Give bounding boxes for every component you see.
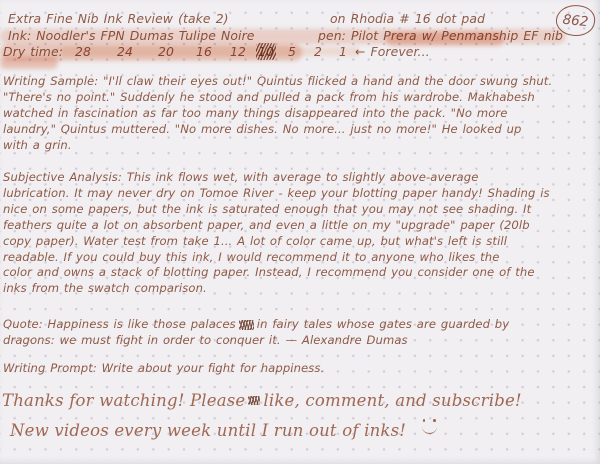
dry-time-value: 1 (339, 44, 347, 59)
handwritten-line: copy paper). Water test from take 1... A… (3, 234, 550, 250)
scribbled-out-word-icon (239, 320, 254, 330)
subjective-analysis-paragraph: Subjective Analysis: This ink flows wet,… (3, 170, 550, 297)
handwritten-line: dragons: we must fight in order to conqu… (3, 333, 509, 349)
handwritten-line: color and owns a stack of blotting paper… (3, 265, 550, 281)
handwritten-line: watched in fascination as far too many t… (3, 106, 552, 122)
review-title: Extra Fine Nib Ink Review (take 2) (8, 11, 229, 26)
handwritten-line: readable. If you could buy this ink, I w… (3, 250, 550, 266)
outro-text-pre: Thanks for watching! Please (2, 391, 245, 410)
notebook-page: 862 Extra Fine Nib Ink Review (take 2) o… (0, 0, 600, 464)
handwritten-line: laundry," Quintus muttered. "No more dis… (3, 122, 552, 138)
dry-time-value: 2 (314, 44, 322, 59)
page-number: 862 (562, 11, 589, 30)
ink-name-line: Ink: Noodler's FPN Dumas Tulipe Noire (8, 28, 255, 43)
dry-time-result: ← Forever... (355, 44, 430, 59)
writing-sample-paragraph: Writing Sample: "I'll claw their eyes ou… (3, 74, 552, 154)
handwritten-line: Writing Sample: "I'll claw their eyes ou… (3, 74, 552, 90)
scribbled-out-word-icon (248, 396, 260, 405)
quote-block: Quote: Happiness is like those palaces i… (3, 317, 509, 349)
handwritten-line: lubrication. It may never dry on Tomoe R… (3, 186, 550, 202)
outro-text-post: like, comment, and subscribe! (263, 391, 521, 410)
handwritten-line: "There's no point." Suddenly he stood an… (3, 90, 552, 106)
writing-prompt-line: Writing Prompt: Write about your fight f… (3, 361, 324, 377)
dry-time-value-scribbled: 10 (258, 44, 274, 59)
dry-time-value: 16 (196, 44, 212, 59)
outro-block: Thanks for watching! Please like, commen… (2, 391, 522, 440)
smiley-face-icon (422, 425, 437, 434)
handwritten-line: with a grin. (3, 138, 552, 154)
handwritten-line: Quote: Happiness is like those palaces i… (3, 317, 509, 333)
quote-text-post: in fairy tales whose gates are guarded b… (257, 317, 509, 333)
dry-time-row: Dry time: 28 24 20 16 12 10 5 2 1 ← Fore… (3, 44, 597, 62)
dry-time-value: 5 (288, 44, 296, 59)
dry-time-value: 24 (117, 44, 133, 59)
outro-text-line2: New videos every week until I run out of… (10, 421, 406, 440)
paper-note: on Rhodia # 16 dot pad (330, 11, 485, 26)
dry-time-value: 28 (75, 44, 91, 59)
handwritten-line: inks from the swatch comparison. (3, 281, 550, 297)
handwritten-line: nice on some papers, but the ink is satu… (3, 202, 550, 218)
dry-time-value: 12 (230, 44, 246, 59)
handwritten-line: Thanks for watching! Please like, commen… (2, 391, 522, 410)
handwritten-line: Subjective Analysis: This ink flows wet,… (3, 170, 550, 186)
pen-name-line: pen: Pilot Prera w/ Penmanship EF nib (318, 28, 563, 43)
quote-text-pre: Quote: Happiness is like those palaces (3, 317, 236, 333)
dry-time-value: 20 (158, 44, 174, 59)
handwritten-line: feathers quite a lot on absorbent paper,… (3, 218, 550, 234)
handwritten-line: New videos every week until I run out of… (10, 421, 522, 440)
dry-time-label: Dry time: (3, 44, 63, 59)
